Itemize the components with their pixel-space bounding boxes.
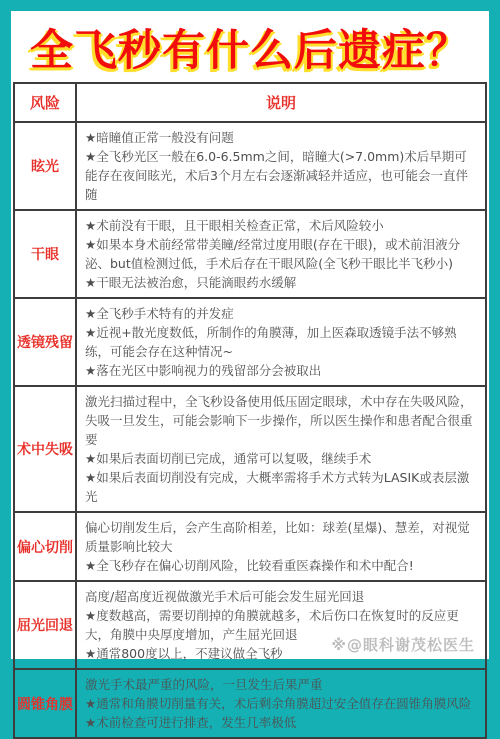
risk-desc-dry-eye: ★术前没有干眼，且干眼相关检查正常，术后风险较小 ★如果本身术前经常带美瞳/经常… [76, 210, 486, 298]
table-header-row: 风险 说明 [14, 83, 486, 122]
desc-line: ★全飞秒存在偏心切削风险，比较看重医森操作和术中配合! [85, 556, 479, 575]
desc-line: ★如果本身术前经常带美瞳/经常过度用眼(存在干眼)，或术前泪液分泌、but值检测… [85, 235, 479, 273]
teal-frame: 全飞秒有什么后遗症？ 风险 说明 眩光 ★暗瞳值正常一般没有问题 ★全飞秒光区一… [0, 0, 500, 670]
page-title: 全飞秒有什么后遗症？ [11, 17, 489, 78]
risk-label-dry-eye: 干眼 [14, 210, 76, 298]
table-row: 干眼 ★术前没有干眼，且干眼相关检查正常，术后风险较小 ★如果本身术前经常带美瞳… [14, 210, 486, 298]
risk-label-regression: 屈光回退 [14, 581, 76, 669]
desc-line: ★如果后表面切削没有完成，大概率需将手术方式转为LASIK或表层激光 [85, 468, 479, 506]
risk-desc-suction-loss: 激光扫描过程中，全飞秒设备使用低压固定眼球，术中存在失吸风险，失吸一旦发生，可能… [76, 386, 486, 512]
risk-desc-lens-residue: ★全飞秒手术特有的并发症 ★近视+散光度数低，所制作的角膜薄，加上医森取透镜手法… [76, 298, 486, 386]
risk-label-decentered-ablation: 偏心切削 [14, 512, 76, 581]
desc-line: ★如果后表面切削已完成，通常可以复吸，继续手术 [85, 449, 479, 468]
desc-line: ★落在光区中影响视力的残留部分会被取出 [85, 361, 479, 380]
desc-line: 高度/超高度近视做激光手术后可能会发生屈光回退 [85, 587, 479, 606]
desc-line: ★术前没有干眼，且干眼相关检查正常，术后风险较小 [85, 216, 479, 235]
header-risk: 风险 [14, 83, 76, 122]
risk-desc-decentered-ablation: 偏心切削发生后，会产生高阶相差，比如：球差(星爆)、慧差，对视觉质量影响比较大 … [76, 512, 486, 581]
desc-line: 偏心切削发生后，会产生高阶相差，比如：球差(星爆)、慧差，对视觉质量影响比较大 [85, 518, 479, 556]
desc-line: 激光扫描过程中，全飞秒设备使用低压固定眼球，术中存在失吸风险，失吸一旦发生，可能… [85, 392, 479, 449]
desc-line: ★全飞秒光区一般在6.0-6.5mm之间，暗瞳大(>7.0mm)术后早期可能存在… [85, 147, 479, 204]
risk-desc-glare: ★暗瞳值正常一般没有问题 ★全飞秒光区一般在6.0-6.5mm之间，暗瞳大(>7… [76, 122, 486, 210]
risk-label-glare: 眩光 [14, 122, 76, 210]
risk-desc-regression: 高度/超高度近视做激光手术后可能会发生屈光回退 ★度数越高，需要切削掉的角膜就越… [76, 581, 486, 669]
table-row: 眩光 ★暗瞳值正常一般没有问题 ★全飞秒光区一般在6.0-6.5mm之间，暗瞳大… [14, 122, 486, 210]
author-watermark: ※@眼科谢茂松医生 [331, 634, 475, 655]
table-row: 屈光回退 高度/超高度近视做激光手术后可能会发生屈光回退 ★度数越高，需要切削掉… [14, 581, 486, 669]
table-row: 偏心切削 偏心切削发生后，会产生高阶相差，比如：球差(星爆)、慧差，对视觉质量影… [14, 512, 486, 581]
desc-line: ★暗瞳值正常一般没有问题 [85, 128, 479, 147]
risk-label-suction-loss: 术中失吸 [14, 386, 76, 512]
table-row: 术中失吸 激光扫描过程中，全飞秒设备使用低压固定眼球，术中存在失吸风险，失吸一旦… [14, 386, 486, 512]
header-desc: 说明 [76, 83, 486, 122]
desc-line: ★近视+散光度数低，所制作的角膜薄，加上医森取透镜手法不够熟练，可能会存在这种情… [85, 323, 479, 361]
desc-line: ★干眼无法被治愈，只能滴眼药水缓解 [85, 273, 479, 292]
table-row: 透镜残留 ★全飞秒手术特有的并发症 ★近视+散光度数低，所制作的角膜薄，加上医森… [14, 298, 486, 386]
risk-table: 风险 说明 眩光 ★暗瞳值正常一般没有问题 ★全飞秒光区一般在6.0-6.5mm… [13, 82, 487, 670]
desc-line: ★全飞秒手术特有的并发症 [85, 304, 479, 323]
risk-label-lens-residue: 透镜残留 [14, 298, 76, 386]
